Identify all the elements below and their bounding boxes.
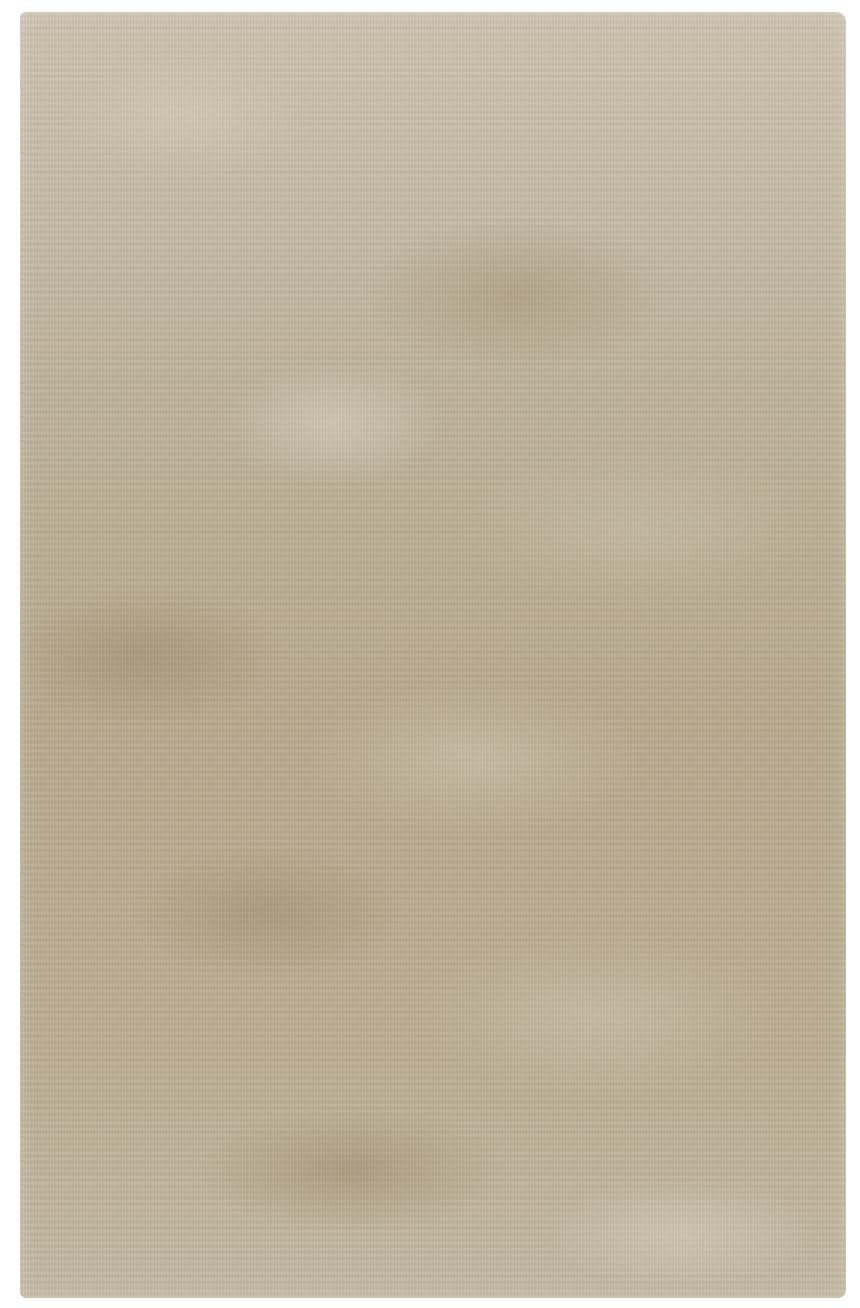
shag-rug	[20, 12, 846, 1298]
